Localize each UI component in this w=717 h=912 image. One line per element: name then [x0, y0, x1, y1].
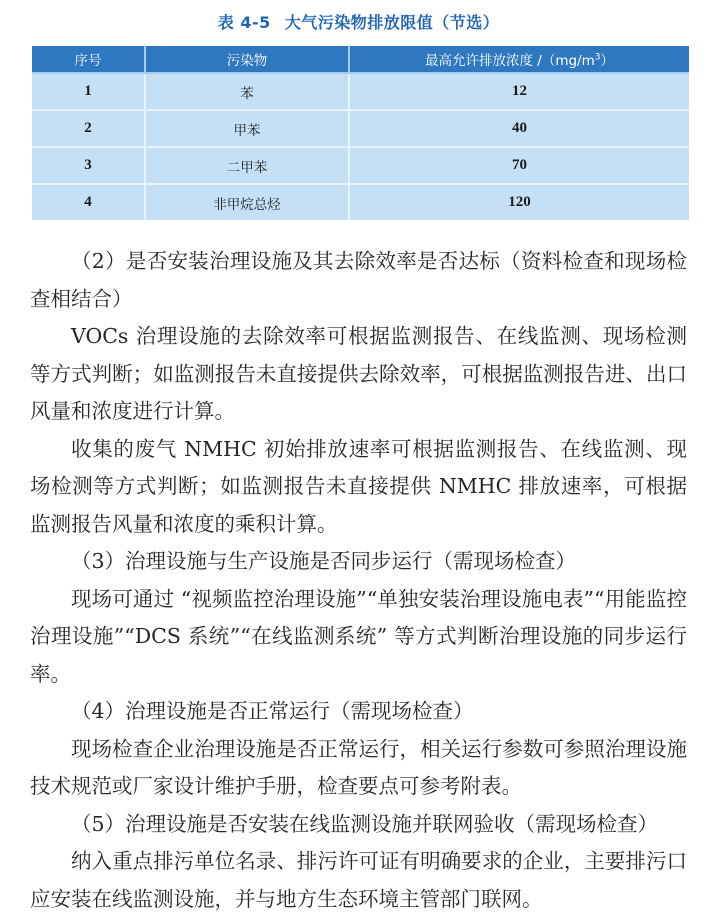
table-row: 4 非甲烷总烃 120: [32, 184, 689, 220]
paragraph-online-monitoring: 纳入重点排污单位名录、排污许可证有明确要求的企业，主要排污口应安装在线监测设施，…: [30, 843, 687, 912]
heading-item-3: （3）治理设施与生产设施是否同步运行（需现场检查）: [30, 543, 687, 581]
emission-limits-table: 序号 污染物 最高允许排放浓度 /（mg/m3） 1 苯 12 2 甲苯 40 …: [32, 46, 689, 220]
cell-limit: 40: [349, 110, 689, 147]
body-text: （2）是否安装治理设施及其去除效率是否达标（资料检查和现场检查相结合） VOCs…: [30, 243, 687, 912]
paragraph-nmhc-rate: 收集的废气 NMHC 初始排放速率可根据监测报告、在线监测、现场检测等方式判断；…: [30, 431, 687, 544]
table-row: 2 甲苯 40: [32, 110, 689, 147]
paragraph-sync-operation: 现场可通过 “视频监控治理设施”“单独安装治理设施电表”“用能监控治理设施”“D…: [30, 581, 687, 694]
cell-limit: 120: [349, 184, 689, 220]
header-serial-number: 序号: [32, 46, 145, 73]
heading-item-2: （2）是否安装治理设施及其去除效率是否达标（资料检查和现场检查相结合）: [30, 243, 687, 318]
cell-pollutant: 甲苯: [145, 110, 349, 147]
cell-serial: 3: [32, 147, 145, 184]
table-number: 表 4-5: [218, 13, 271, 32]
table-header-row: 序号 污染物 最高允许排放浓度 /（mg/m3）: [32, 46, 689, 73]
cell-serial: 4: [32, 184, 145, 220]
table-caption: 表 4-5大气污染物排放限值（节选）: [0, 10, 717, 33]
paragraph-removal-efficiency: VOCs 治理设施的去除效率可根据监测报告、在线监测、现场检测等方式判断；如监测…: [30, 318, 687, 431]
paragraph-normal-operation: 现场检查企业治理设施是否正常运行，相关运行参数可参照治理设施技术规范或厂家设计维…: [30, 731, 687, 806]
cell-pollutant: 苯: [145, 73, 349, 110]
table-row: 1 苯 12: [32, 73, 689, 110]
table-row: 3 二甲苯 70: [32, 147, 689, 184]
header-max-concentration: 最高允许排放浓度 /（mg/m3）: [349, 46, 689, 73]
cell-limit: 70: [349, 147, 689, 184]
cell-serial: 1: [32, 73, 145, 110]
cell-serial: 2: [32, 110, 145, 147]
heading-item-4: （4）治理设施是否正常运行（需现场检查）: [30, 693, 687, 731]
heading-item-5: （5）治理设施是否安装在线监测设施并联网验收（需现场检查）: [30, 806, 687, 844]
cell-limit: 12: [349, 73, 689, 110]
header-pollutant: 污染物: [145, 46, 349, 73]
table-title: 大气污染物排放限值（节选）: [285, 13, 500, 32]
cell-pollutant: 非甲烷总烃: [145, 184, 349, 220]
cell-pollutant: 二甲苯: [145, 147, 349, 184]
